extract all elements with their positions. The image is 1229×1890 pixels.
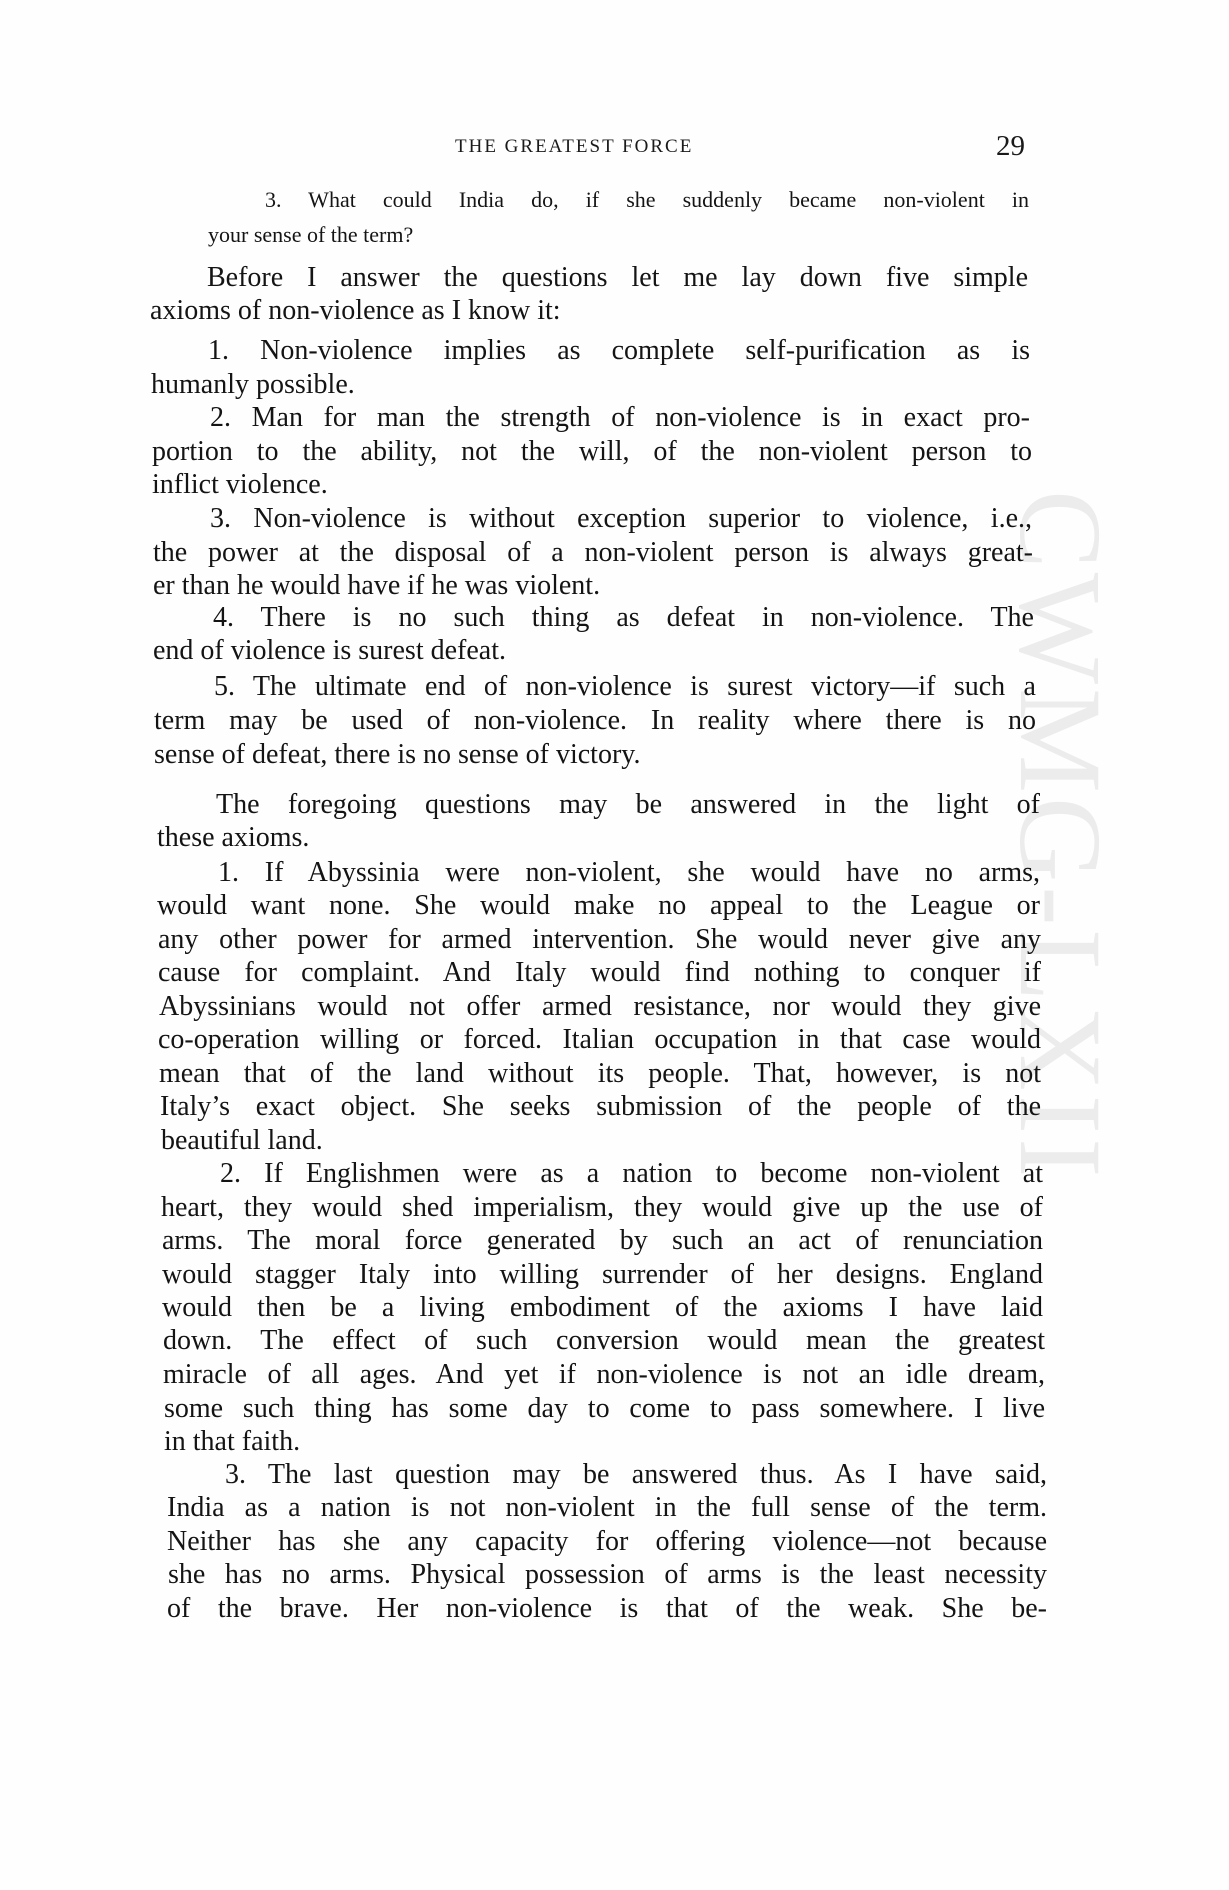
body-line: some such thing has some day to come to … [164,1395,1045,1423]
body-line: The foregoing questions may be answered … [216,791,1040,819]
body-line: cause for complaint. And Italy would fin… [158,959,1041,987]
body-line: 1. Non-violence implies as complete self… [208,337,1030,365]
question-line: your sense of the term? [208,224,413,246]
body-line: of the brave. Her non-violence is that o… [167,1595,1047,1623]
body-line: Neither has she any capacity for offerin… [167,1528,1047,1556]
body-line: these axioms. [157,824,309,852]
page-number: 29 [996,130,1025,163]
book-page: CWMG-LXII THE GREATEST FORCE 29 3. What … [0,0,1229,1890]
body-line: the power at the disposal of a non-viole… [153,539,1033,567]
body-line: Abyssinians would not offer armed resist… [159,993,1041,1021]
body-line: co-operation willing or forced. Italian … [158,1026,1041,1054]
body-line: end of violence is surest defeat. [153,637,506,665]
body-line: axioms of non-violence as I know it: [150,297,561,325]
body-line: beautiful land. [161,1127,323,1155]
body-line: miracle of all ages. And yet if non-viol… [163,1361,1045,1389]
body-line: 4. There is no such thing as defeat in n… [213,604,1034,632]
body-line: er than he would have if he was violent. [153,572,600,600]
body-line: she has no arms. Physical possession of … [168,1561,1047,1589]
body-line: down. The effect of such conversion woul… [163,1327,1045,1355]
body-line: 2. If Englishmen were as a nation to bec… [220,1160,1043,1188]
body-line: sense of defeat, there is no sense of vi… [154,741,640,769]
body-line: heart, they would shed imperialism, they… [161,1194,1043,1222]
question-line: 3. What could India do, if she suddenly … [265,189,1029,211]
body-line: in that faith. [164,1428,300,1456]
body-line: 3. The last question may be answered thu… [225,1461,1047,1489]
body-line: Italy’s exact object. She seeks submissi… [160,1093,1041,1121]
body-line: any other power for armed intervention. … [158,926,1041,954]
body-line: would want none. She would make no appea… [157,892,1040,920]
body-line: portion to the ability, not the will, of… [152,438,1032,466]
body-line: 3. Non-violence is without exception sup… [210,505,1032,533]
body-line: Before I answer the questions let me lay… [207,264,1028,292]
body-line: term may be used of non-violence. In rea… [154,707,1036,735]
body-line: would then be a living embodiment of the… [162,1294,1043,1322]
body-line: mean that of the land without its people… [159,1060,1041,1088]
body-line: India as a nation is not non-violent in … [167,1494,1047,1522]
body-line: humanly possible. [151,371,355,399]
body-line: 2. Man for man the strength of non-viole… [210,404,1030,432]
running-title: THE GREATEST FORCE [455,136,693,158]
body-line: would stagger Italy into willing surrend… [162,1261,1043,1289]
body-line: 5. The ultimate end of non-violence is s… [214,673,1036,701]
body-line: arms. The moral force generated by such … [162,1227,1043,1255]
body-line: inflict violence. [152,471,328,499]
body-line: 1. If Abyssinia were non-violent, she wo… [218,859,1040,887]
